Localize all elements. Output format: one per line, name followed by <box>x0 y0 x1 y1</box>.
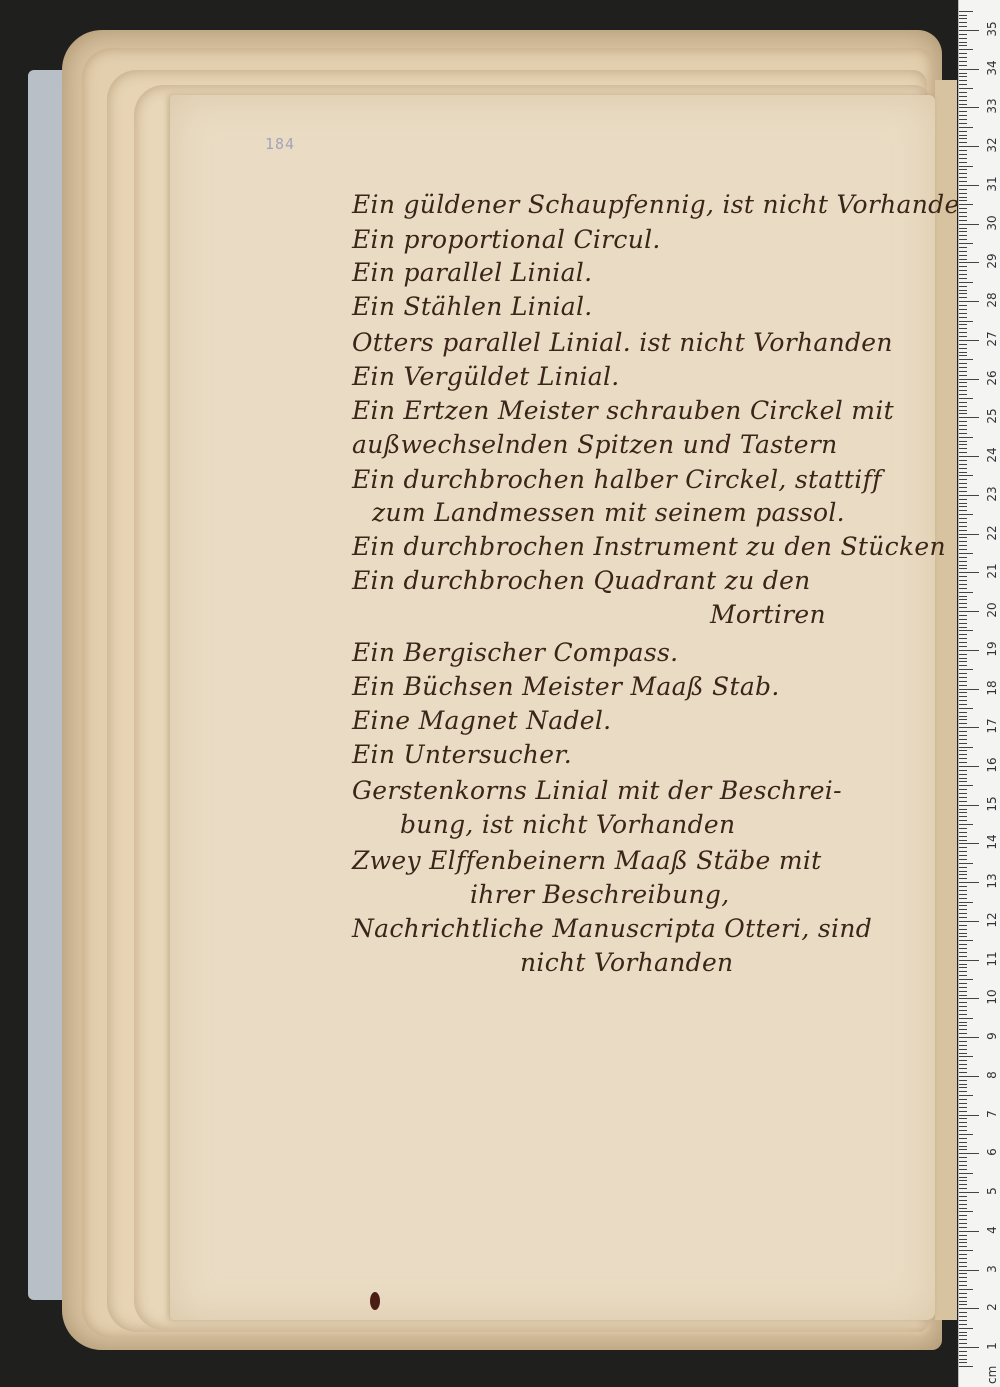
ruler-label: 35 <box>985 20 999 38</box>
ruler-tick <box>959 301 979 302</box>
ruler-tick <box>959 1161 967 1162</box>
ruler-tick <box>959 1033 967 1034</box>
ink-blot <box>370 1292 380 1310</box>
ruler-tick <box>959 812 967 813</box>
ruler-label: 23 <box>985 485 999 503</box>
ruler-tick <box>959 146 979 147</box>
ruler-tick <box>959 766 979 767</box>
ruler-tick <box>959 1254 967 1255</box>
ruler-tick <box>959 1122 967 1123</box>
ruler-tick <box>959 627 967 628</box>
ruler-tick <box>959 925 967 926</box>
ruler-tick <box>959 1103 967 1104</box>
ruler-tick <box>959 1335 967 1336</box>
facing-page-edge <box>935 80 957 1320</box>
ruler-label: 24 <box>985 446 999 464</box>
ruler-tick <box>959 495 979 496</box>
ruler-tick <box>959 1064 967 1065</box>
ruler-tick <box>959 584 967 585</box>
ruler-tick <box>959 348 967 349</box>
ruler-label: 28 <box>985 291 999 309</box>
manuscript-line: zum Landmessen mit seinem passol. <box>372 498 845 527</box>
ruler-tick <box>959 104 967 105</box>
ruler-tick <box>959 1184 967 1185</box>
ruler-tick <box>959 84 967 85</box>
ruler-tick <box>959 774 967 775</box>
ruler-tick <box>959 967 967 968</box>
ruler-tick <box>959 251 967 252</box>
ruler-tick <box>959 65 967 66</box>
ruler-tick <box>959 658 967 659</box>
ruler-tick <box>959 561 967 562</box>
ruler-tick <box>959 739 967 740</box>
manuscript-line: Otters parallel Linial. ist nicht Vorhan… <box>352 328 893 357</box>
ruler-tick <box>959 386 967 387</box>
ruler-label: 21 <box>985 562 999 580</box>
ruler-tick <box>959 1169 967 1170</box>
ruler-tick <box>959 1343 967 1344</box>
ruler-label: 12 <box>985 911 999 929</box>
ruler-tick <box>959 537 967 538</box>
ruler-tick <box>959 735 967 736</box>
ruler-tick <box>959 26 967 27</box>
ruler-tick <box>959 824 973 825</box>
ruler-label: 32 <box>985 136 999 154</box>
ruler-tick <box>959 1165 967 1166</box>
ruler-tick <box>959 1087 967 1088</box>
ruler-tick <box>959 11 973 12</box>
manuscript-line: außwechselnden Spitzen und Tastern <box>352 430 837 459</box>
ruler-tick <box>959 185 979 186</box>
ruler-tick <box>959 293 967 294</box>
ruler-tick <box>959 778 967 779</box>
ruler-tick <box>959 425 967 426</box>
ruler-tick <box>959 685 967 686</box>
manuscript-line: Ein Ertzen Meister schrauben Circkel mit <box>352 396 894 425</box>
manuscript-line: Ein Stählen Linial. <box>352 292 593 321</box>
ruler-tick <box>959 921 979 922</box>
ruler-tick <box>959 565 967 566</box>
ruler-tick <box>959 696 967 697</box>
ruler-tick <box>959 1149 967 1150</box>
ruler-tick <box>959 948 967 949</box>
ruler-tick <box>959 460 967 461</box>
ruler-label: 9 <box>985 1027 999 1045</box>
ruler-tick <box>959 843 979 844</box>
ruler-tick <box>959 1320 967 1321</box>
ruler-tick <box>959 1134 973 1135</box>
ruler-tick <box>959 599 967 600</box>
ruler-tick <box>959 905 967 906</box>
ruler-tick <box>959 57 967 58</box>
ruler-tick <box>959 549 967 550</box>
ruler-tick <box>959 45 967 46</box>
ruler-tick <box>959 1099 967 1100</box>
ruler-tick <box>959 169 967 170</box>
ruler-tick <box>959 1192 979 1193</box>
manuscript-line: Ein durchbrochen Quadrant zu den <box>352 566 811 595</box>
ruler-tick <box>959 750 967 751</box>
ruler-tick <box>959 913 967 914</box>
ruler-tick <box>959 708 973 709</box>
ruler-tick <box>959 1130 967 1131</box>
ruler-tick <box>959 859 967 860</box>
ruler-label: 34 <box>985 59 999 77</box>
ruler-tick <box>959 871 967 872</box>
ruler-tick <box>959 270 967 271</box>
ruler-tick <box>959 278 967 279</box>
ruler-tick <box>959 603 967 604</box>
ruler-tick <box>959 1262 967 1263</box>
manuscript-line: nicht Vorhanden <box>520 948 733 977</box>
ruler-tick <box>959 847 967 848</box>
ruler-tick <box>959 1056 973 1057</box>
ruler-label: 14 <box>985 833 999 851</box>
ruler-tick <box>959 433 967 434</box>
ruler-tick <box>959 1180 967 1181</box>
ruler-tick <box>959 119 967 120</box>
ruler-tick <box>959 716 967 717</box>
ruler-tick <box>959 867 967 868</box>
ruler-tick <box>959 1215 967 1216</box>
ruler-tick <box>959 1235 967 1236</box>
ruler-tick <box>959 611 979 612</box>
ruler-tick <box>959 1312 967 1313</box>
ruler-tick <box>959 886 967 887</box>
ruler-tick <box>959 483 967 484</box>
ruler-tick <box>959 274 967 275</box>
ruler-tick <box>959 111 967 112</box>
ruler-tick <box>959 80 967 81</box>
ruler-tick <box>959 801 967 802</box>
ruler-tick <box>959 220 967 221</box>
ruler-tick <box>959 340 979 341</box>
ruler-tick <box>959 1304 967 1305</box>
ruler-tick <box>959 332 967 333</box>
ruler-label: 25 <box>985 407 999 425</box>
ruler-tick <box>959 1157 967 1158</box>
ruler-tick <box>959 321 973 322</box>
ruler-tick <box>959 1200 967 1201</box>
manuscript-line: Ein durchbrochen Instrument zu den Stück… <box>352 532 946 561</box>
ruler-tick <box>959 654 967 655</box>
ruler-tick <box>959 909 967 910</box>
ruler-tick <box>959 863 973 864</box>
ruler-tick <box>959 936 967 937</box>
ruler-label: 4 <box>985 1221 999 1239</box>
ruler-tick <box>959 1049 967 1050</box>
ruler-tick <box>959 154 967 155</box>
ruler-tick <box>959 216 967 217</box>
ruler-tick <box>959 809 967 810</box>
ruler-tick <box>959 235 967 236</box>
ruler-tick <box>959 1177 967 1178</box>
ruler-tick <box>959 204 973 205</box>
ruler-tick <box>959 1037 979 1038</box>
ruler-label: 5 <box>985 1182 999 1200</box>
ruler-tick <box>959 173 967 174</box>
ruler-tick <box>959 952 967 953</box>
ruler-tick <box>959 731 967 732</box>
ruler-tick <box>959 437 973 438</box>
ruler-tick <box>959 382 967 383</box>
ruler-tick <box>959 530 967 531</box>
manuscript-line: Ein Untersucher. <box>352 740 572 769</box>
ruler-tick <box>959 1211 973 1212</box>
ruler-tick <box>959 1246 967 1247</box>
ruler-unit-label: cm <box>985 1366 999 1384</box>
ruler-tick <box>959 665 967 666</box>
ruler-tick <box>959 313 967 314</box>
ruler-tick <box>959 828 967 829</box>
ruler-tick <box>959 940 973 941</box>
ruler-tick <box>959 305 967 306</box>
ruler-tick <box>959 107 979 108</box>
ruler-tick <box>959 266 967 267</box>
ruler-tick <box>959 572 979 573</box>
ruler-tick <box>959 162 967 163</box>
ruler-tick <box>959 534 979 535</box>
ruler-tick <box>959 1347 979 1348</box>
ruler-tick <box>959 1029 967 1030</box>
ruler-tick <box>959 855 967 856</box>
ruler-tick <box>959 754 967 755</box>
ruler-tick <box>959 1053 967 1054</box>
ruler-tick <box>959 444 967 445</box>
ruler-tick <box>959 158 967 159</box>
ruler-label: 33 <box>985 97 999 115</box>
ruler-tick <box>959 743 967 744</box>
ruler-tick <box>959 998 979 999</box>
ruler-tick <box>959 88 973 89</box>
ruler-tick <box>959 479 967 480</box>
ruler-tick <box>959 398 973 399</box>
ruler-tick <box>959 73 967 74</box>
ruler-tick <box>959 1006 967 1007</box>
ruler-tick <box>959 371 967 372</box>
ruler-tick <box>959 964 967 965</box>
ruler-tick <box>959 328 967 329</box>
ruler-tick <box>959 522 967 523</box>
ruler-tick <box>959 995 967 996</box>
ruler-label: 31 <box>985 175 999 193</box>
ruler-tick <box>959 379 979 380</box>
ruler-tick <box>959 545 967 546</box>
ruler-tick <box>959 1153 979 1154</box>
ruler-tick <box>959 805 979 806</box>
ruler-tick <box>959 1362 967 1363</box>
ruler-tick <box>959 983 967 984</box>
ruler-tick <box>959 487 967 488</box>
ruler-tick <box>959 719 967 720</box>
ruler-tick <box>959 1324 967 1325</box>
ruler-tick <box>959 1076 979 1077</box>
ruler-tick <box>959 228 967 229</box>
ruler-tick <box>959 1270 979 1271</box>
ruler-tick <box>959 526 967 527</box>
ruler-label: 6 <box>985 1143 999 1161</box>
ruler-tick <box>959 189 967 190</box>
ruler-tick <box>959 1250 973 1251</box>
ruler-tick <box>959 1111 967 1112</box>
ruler-tick <box>959 816 967 817</box>
ruler-tick <box>959 286 967 287</box>
ruler-tick <box>959 413 967 414</box>
ruler-tick <box>959 1072 967 1073</box>
ruler-tick <box>959 669 973 670</box>
ruler-tick <box>959 417 979 418</box>
manuscript-line: Mortiren <box>710 600 826 629</box>
ruler-tick <box>959 553 973 554</box>
ruler-tick <box>959 1227 967 1228</box>
ruler-tick <box>959 630 973 631</box>
ruler-tick <box>959 22 967 23</box>
ruler-tick <box>959 1142 967 1143</box>
ruler-tick <box>959 1010 967 1011</box>
ruler-tick <box>959 1328 973 1329</box>
ruler-tick <box>959 367 967 368</box>
ruler-tick <box>959 681 967 682</box>
ruler-tick <box>959 1316 967 1317</box>
ruler-tick <box>959 917 967 918</box>
ruler-tick <box>959 491 967 492</box>
ruler-label: 27 <box>985 330 999 348</box>
scale-ruler: 1234567891011121314151617181920212223242… <box>958 0 1000 1387</box>
ruler-tick <box>959 212 967 213</box>
ruler-tick <box>959 262 979 263</box>
manuscript-line: Ein Bergischer Compass. <box>352 638 678 667</box>
ruler-tick <box>959 634 967 635</box>
ruler-tick <box>959 894 967 895</box>
ruler-tick <box>959 661 967 662</box>
ruler-tick <box>959 793 967 794</box>
ruler-tick <box>959 1196 967 1197</box>
ruler-tick <box>959 1293 967 1294</box>
ruler-tick <box>959 836 967 837</box>
ruler-tick <box>959 475 973 476</box>
ruler-label: 3 <box>985 1260 999 1278</box>
ruler-tick <box>959 623 967 624</box>
ruler-tick <box>959 991 967 992</box>
ruler-tick <box>959 1285 967 1286</box>
ruler-tick <box>959 1308 979 1309</box>
ruler-tick <box>959 197 967 198</box>
ruler-tick <box>959 615 967 616</box>
manuscript-line: ihrer Beschreibung, <box>470 880 729 909</box>
ruler-tick <box>959 150 967 151</box>
ruler-tick <box>959 568 967 569</box>
ruler-tick <box>959 704 967 705</box>
ruler-tick <box>959 1095 973 1096</box>
ruler-tick <box>959 506 967 507</box>
ruler-tick <box>959 390 967 391</box>
ruler-tick <box>959 596 967 597</box>
ruler-tick <box>959 441 967 442</box>
ruler-tick <box>959 1332 967 1333</box>
ruler-tick <box>959 840 967 841</box>
ruler-tick <box>959 1351 967 1352</box>
ruler-tick <box>959 503 967 504</box>
ruler-tick <box>959 42 967 43</box>
ruler-tick <box>959 1060 967 1061</box>
ruler-tick <box>959 231 967 232</box>
ruler-tick <box>959 282 973 283</box>
ruler-tick <box>959 1266 967 1267</box>
ruler-tick <box>959 1080 967 1081</box>
ruler-tick <box>959 259 967 260</box>
manuscript-line: bung, ist nicht Vorhanden <box>400 810 735 839</box>
ruler-tick <box>959 1188 967 1189</box>
ruler-label: 22 <box>985 524 999 542</box>
ruler-label: 13 <box>985 872 999 890</box>
ruler-tick <box>959 1258 967 1259</box>
ruler-tick <box>959 1359 967 1360</box>
ruler-tick <box>959 1173 973 1174</box>
ruler-tick <box>959 375 967 376</box>
ruler-tick <box>959 464 967 465</box>
ruler-tick <box>959 1025 967 1026</box>
ruler-tick <box>959 723 967 724</box>
ruler-label: 17 <box>985 717 999 735</box>
ruler-tick <box>959 123 967 124</box>
ruler-tick <box>959 882 979 883</box>
ruler-tick <box>959 1068 967 1069</box>
ruler-tick <box>959 898 967 899</box>
ruler-tick <box>959 247 967 248</box>
ruler-tick <box>959 38 967 39</box>
ruler-label: 1 <box>985 1337 999 1355</box>
ruler-tick <box>959 336 967 337</box>
ruler-tick <box>959 1146 967 1147</box>
ruler-tick <box>959 933 967 934</box>
ruler-label: 15 <box>985 795 999 813</box>
manuscript-line: Nachrichtliche Manuscripta Otteri, sind <box>352 914 872 943</box>
ruler-tick <box>959 712 967 713</box>
ruler-tick <box>959 324 967 325</box>
ruler-tick <box>959 344 967 345</box>
ruler-tick <box>959 781 967 782</box>
ruler-tick <box>959 619 967 620</box>
ruler-label: 29 <box>985 252 999 270</box>
ruler-tick <box>959 902 973 903</box>
ruler-tick <box>959 1355 967 1356</box>
ruler-tick <box>959 646 967 647</box>
ruler-label: 8 <box>985 1066 999 1084</box>
ruler-tick <box>959 677 967 678</box>
ruler-tick <box>959 363 967 364</box>
ruler-tick <box>959 61 967 62</box>
ruler-tick <box>959 650 979 651</box>
ruler-tick <box>959 1289 973 1290</box>
ruler-tick <box>959 1014 967 1015</box>
ruler-tick <box>959 1239 967 1240</box>
ruler-tick <box>959 510 967 511</box>
ruler-tick <box>959 421 967 422</box>
ruler-tick <box>959 785 973 786</box>
ruler-tick <box>959 92 967 93</box>
ruler-tick <box>959 1045 967 1046</box>
manuscript-line: Ein güldener Schaupfennig, ist nicht Vor… <box>352 190 976 219</box>
ruler-tick <box>959 1231 979 1232</box>
ruler-tick <box>959 878 967 879</box>
ruler-tick <box>959 69 979 70</box>
ruler-tick <box>959 53 967 54</box>
ruler-tick <box>959 355 967 356</box>
ruler-tick <box>959 15 967 16</box>
ruler-tick <box>959 1281 967 1282</box>
ruler-tick <box>959 468 967 469</box>
ruler-tick <box>959 472 967 473</box>
